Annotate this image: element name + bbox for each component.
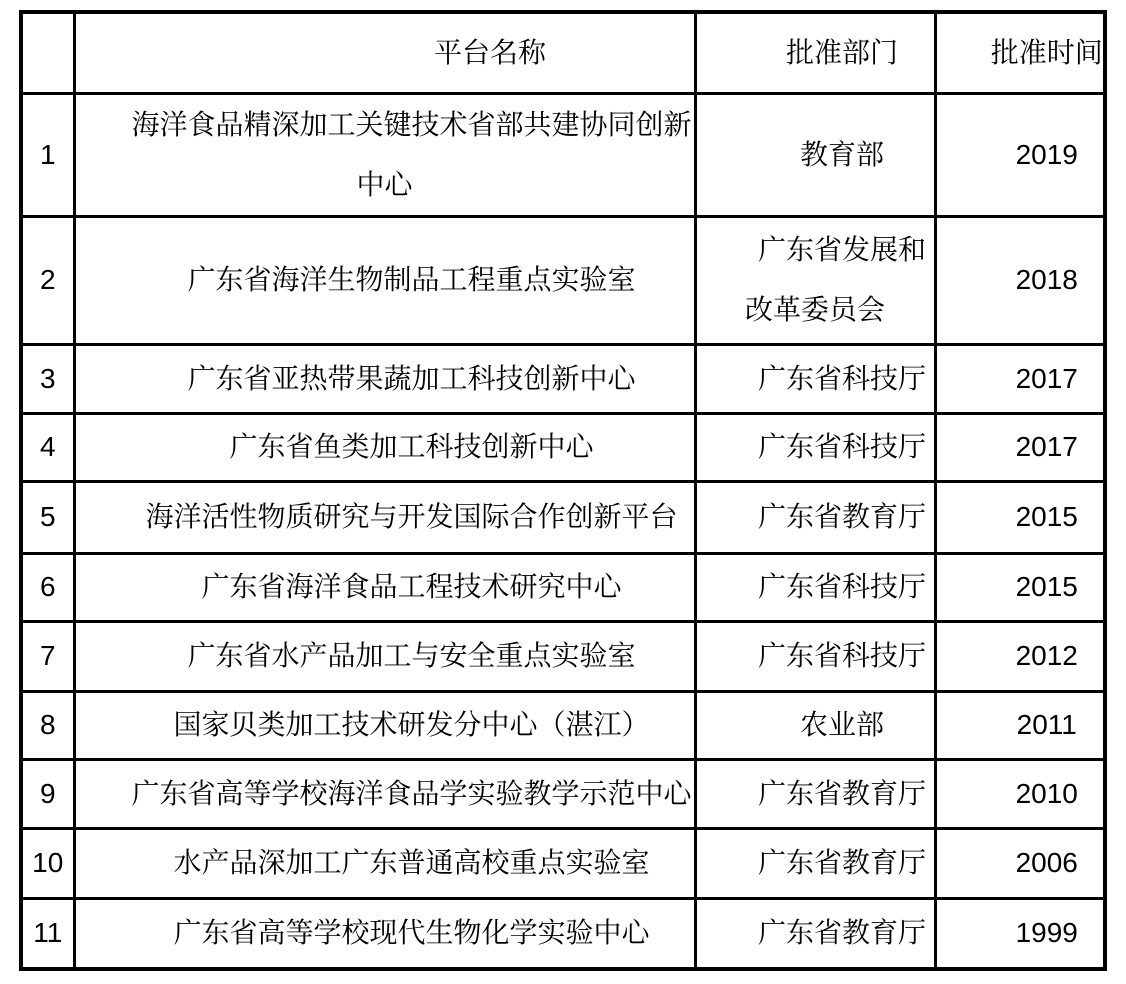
approval-year: 2019 — [935, 93, 1105, 216]
row-index: 6 — [21, 553, 74, 621]
platform-name: 水产品深加工广东普通高校重点实验室 — [74, 828, 695, 898]
table-row: 6 广东省海洋食品工程技术研究中心 广东省科技厅 2015 — [21, 553, 1105, 621]
approval-department: 广东省发展和 改革委员会 — [695, 216, 935, 344]
table-row: 5 海洋活性物质研究与开发国际合作创新平台 广东省教育厅 2015 — [21, 481, 1105, 553]
row-index: 10 — [21, 828, 74, 898]
row-index: 11 — [21, 898, 74, 969]
platform-name: 海洋食品精深加工关键技术省部共建协同创新 中心 — [74, 93, 695, 216]
table-row: 10 水产品深加工广东普通高校重点实验室 广东省教育厅 2006 — [21, 828, 1105, 898]
platform-name: 广东省亚热带果蔬加工科技创新中心 — [74, 344, 695, 413]
approval-year: 2017 — [935, 344, 1105, 413]
approval-department: 广东省科技厅 — [695, 344, 935, 413]
row-index: 4 — [21, 413, 74, 481]
document-page: 平台名称 批准部门 批准时间 1 海洋食品精深加工关键技术省部共建协同创新 中心… — [0, 0, 1126, 984]
platform-name: 广东省海洋生物制品工程重点实验室 — [74, 216, 695, 344]
approval-year: 2015 — [935, 481, 1105, 553]
table-row: 1 海洋食品精深加工关键技术省部共建协同创新 中心 教育部 2019 — [21, 93, 1105, 216]
table-header-row: 平台名称 批准部门 批准时间 — [21, 12, 1105, 93]
approval-year: 2015 — [935, 553, 1105, 621]
approval-department: 教育部 — [695, 93, 935, 216]
row-index: 7 — [21, 621, 74, 691]
approval-year: 2010 — [935, 759, 1105, 828]
platform-table: 平台名称 批准部门 批准时间 1 海洋食品精深加工关键技术省部共建协同创新 中心… — [19, 10, 1107, 971]
approval-year: 2011 — [935, 691, 1105, 759]
table-row: 8 国家贝类加工技术研发分中心（湛江） 农业部 2011 — [21, 691, 1105, 759]
platform-name: 广东省鱼类加工科技创新中心 — [74, 413, 695, 481]
approval-year: 1999 — [935, 898, 1105, 969]
row-index: 8 — [21, 691, 74, 759]
table-row: 2 广东省海洋生物制品工程重点实验室 广东省发展和 改革委员会 2018 — [21, 216, 1105, 344]
approval-year: 2018 — [935, 216, 1105, 344]
platform-name: 广东省海洋食品工程技术研究中心 — [74, 553, 695, 621]
platform-name: 广东省高等学校现代生物化学实验中心 — [74, 898, 695, 969]
approval-department: 广东省科技厅 — [695, 413, 935, 481]
table-row: 9 广东省高等学校海洋食品学实验教学示范中心 广东省教育厅 2010 — [21, 759, 1105, 828]
row-index: 9 — [21, 759, 74, 828]
table-row: 11 广东省高等学校现代生物化学实验中心 广东省教育厅 1999 — [21, 898, 1105, 969]
row-index: 1 — [21, 93, 74, 216]
approval-department: 广东省教育厅 — [695, 481, 935, 553]
header-cell-department: 批准部门 — [695, 12, 935, 93]
table-row: 7 广东省水产品加工与安全重点实验室 广东省科技厅 2012 — [21, 621, 1105, 691]
table-row: 3 广东省亚热带果蔬加工科技创新中心 广东省科技厅 2017 — [21, 344, 1105, 413]
approval-department: 广东省教育厅 — [695, 828, 935, 898]
header-cell-year: 批准时间 — [935, 12, 1105, 93]
approval-year: 2012 — [935, 621, 1105, 691]
approval-department: 广东省教育厅 — [695, 898, 935, 969]
header-cell-index — [21, 12, 74, 93]
approval-department: 广东省科技厅 — [695, 553, 935, 621]
row-index: 3 — [21, 344, 74, 413]
platform-name: 广东省高等学校海洋食品学实验教学示范中心 — [74, 759, 695, 828]
platform-name: 国家贝类加工技术研发分中心（湛江） — [74, 691, 695, 759]
table-row: 4 广东省鱼类加工科技创新中心 广东省科技厅 2017 — [21, 413, 1105, 481]
approval-department: 农业部 — [695, 691, 935, 759]
row-index: 5 — [21, 481, 74, 553]
platform-name: 广东省水产品加工与安全重点实验室 — [74, 621, 695, 691]
header-cell-platform-name: 平台名称 — [74, 12, 695, 93]
approval-department: 广东省教育厅 — [695, 759, 935, 828]
approval-year: 2017 — [935, 413, 1105, 481]
platform-name: 海洋活性物质研究与开发国际合作创新平台 — [74, 481, 695, 553]
approval-year: 2006 — [935, 828, 1105, 898]
row-index: 2 — [21, 216, 74, 344]
approval-department: 广东省科技厅 — [695, 621, 935, 691]
